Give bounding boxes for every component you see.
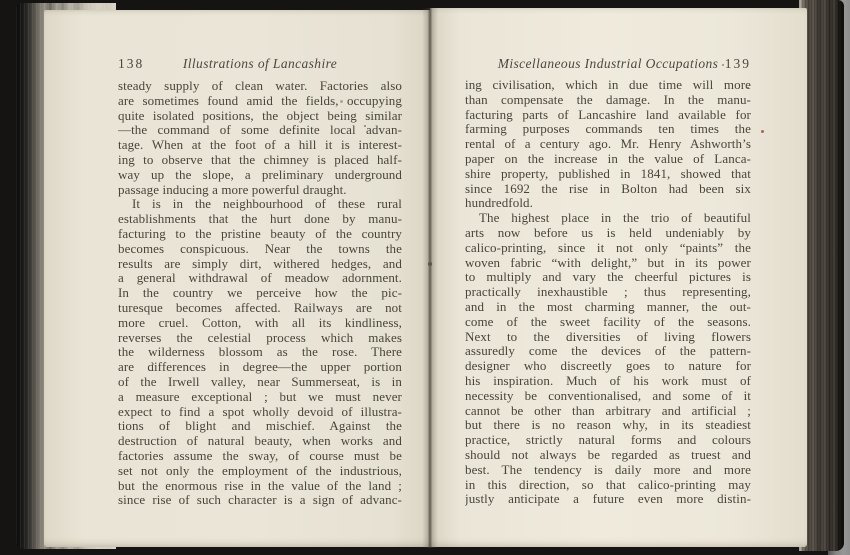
text-line: necessity be conventionalised, and some …: [465, 389, 751, 404]
text-line: designer who discreetly goes to nature f…: [465, 359, 751, 374]
text-line: passage inducing a more powerful draught…: [118, 183, 402, 198]
text-line: shire property, published in 1841, showe…: [465, 167, 751, 182]
text-line: a general withdrawal of meadow adornment…: [118, 271, 402, 286]
right-running-title: Miscellaneous Industrial Occupations: [465, 56, 751, 72]
text-line: to multiply and vary the cheerful pictur…: [465, 270, 751, 285]
right-page-text: ing civilisation, which in due time will…: [465, 78, 751, 507]
text-line: assuredly come the devices of the patter…: [465, 344, 751, 359]
text-line: —the command of some definite local adva…: [118, 123, 402, 138]
text-line: destruction of natural beauty, when work…: [118, 434, 402, 449]
right-page-header: Miscellaneous Industrial Occupations 139: [465, 56, 751, 72]
text-line: the wilderness blossom as the rose. Ther…: [118, 345, 402, 360]
text-line: come of the sweet facility of the season…: [465, 315, 751, 330]
text-line: results are simply dirt, withered hedges…: [118, 257, 402, 272]
text-line: quite isolated positions, the object bei…: [118, 109, 402, 124]
text-line: best. The tendency is daily more and mor…: [465, 463, 751, 478]
text-line: way up the slope, a preliminary undergro…: [118, 168, 402, 183]
text-line: practically inexhaustible ; thus represe…: [465, 285, 751, 300]
left-page-number: 138: [118, 56, 144, 72]
text-line: ing to observe that the chimney is place…: [118, 153, 402, 168]
right-page: Miscellaneous Industrial Occupations 139…: [430, 8, 807, 547]
text-line: woven fabric “with delight,” but in its …: [465, 256, 751, 271]
text-line: but the enormous rise in the value of th…: [118, 479, 402, 494]
left-page: 138 Illustrations of Lancashire steady s…: [44, 10, 430, 547]
text-line: reverses the celestial process which mak…: [118, 331, 402, 346]
text-line: hundredfold.: [465, 196, 751, 211]
left-page-text: steady supply of clean water. Factories …: [118, 79, 402, 508]
text-line: turesque becomes affected. Railways are …: [118, 301, 402, 316]
text-line: tions of blight and mischief. Against th…: [118, 419, 402, 434]
text-line: arts now before us is held undeniably by: [465, 226, 751, 241]
text-line: a measure exceptional ; but we must neve…: [118, 390, 402, 405]
text-line: justly anticipate a future even more dis…: [465, 492, 751, 507]
text-line: facturing parts of Lancashire land avail…: [465, 108, 751, 123]
text-line: are sometimes found amid the fields, occ…: [118, 94, 402, 109]
text-line: steady supply of clean water. Factories …: [118, 79, 402, 94]
text-line: should not always be regarded as truest …: [465, 448, 751, 463]
text-line: facturing to the pristine beauty of the …: [118, 227, 402, 242]
text-line: since 1692 the rise in Bolton had been s…: [465, 182, 751, 197]
text-line: in this direction, so that calico-printi…: [465, 478, 751, 493]
text-line: and in the most charming manner, the out…: [465, 300, 751, 315]
text-line: since rise of such character is a sign o…: [118, 493, 402, 508]
text-line: In the country we perceive how the pic-: [118, 286, 402, 301]
left-page-header: 138 Illustrations of Lancashire: [118, 56, 402, 72]
left-running-title: Illustrations of Lancashire: [118, 56, 402, 72]
text-line: tage. When at the foot of a hill it is i…: [118, 138, 402, 153]
text-line: calico-printing, since it not only “pain…: [465, 241, 751, 256]
text-line: expect to find a spot wholly devoid of i…: [118, 405, 402, 420]
text-line: practice, strictly natural forms and col…: [465, 433, 751, 448]
text-line: The highest place in the trio of beautif…: [465, 211, 751, 226]
text-line: farming purposes commands ten times the: [465, 122, 751, 137]
text-line: set not only the employment of the indus…: [118, 464, 402, 479]
text-line: than compensate the damage. In the manu-: [465, 93, 751, 108]
text-line: becomes conspicuous. Near the towns the: [118, 242, 402, 257]
text-line: paper on the increase in the value of La…: [465, 152, 751, 167]
text-line: cannot be other than arbitrary and artif…: [465, 404, 751, 419]
text-line: establishments that the hurt done by man…: [118, 212, 402, 227]
text-line: factories assume the sway, of course mus…: [118, 449, 402, 464]
text-line: It is in the neighbourhood of these rura…: [118, 197, 402, 212]
text-line: his inspiration. Much of his work must o…: [465, 374, 751, 389]
text-line: more cruel. Cotton, with all its kindlin…: [118, 316, 402, 331]
text-line: ing civilisation, which in due time will…: [465, 78, 751, 93]
right-page-number: 139: [725, 56, 751, 72]
text-line: but there is no reason why, in its stead…: [465, 418, 751, 433]
text-line: Next to the diversities of living flower…: [465, 330, 751, 345]
text-line: of the Irwell valley, near Summerseat, i…: [118, 375, 402, 390]
open-book-photo: 138 Illustrations of Lancashire steady s…: [0, 0, 850, 555]
text-line: are differences in degree—the upper port…: [118, 360, 402, 375]
text-line: rental of a century ago. Mr. Henry Ashwo…: [465, 137, 751, 152]
